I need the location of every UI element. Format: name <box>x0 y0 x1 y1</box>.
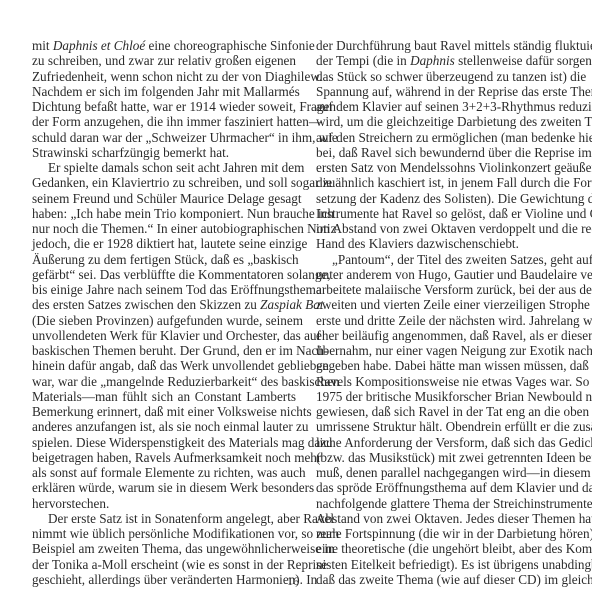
text-line: Hand des Klaviers dazwischenschiebt. <box>316 236 583 251</box>
text-line: unter anderem von Hugo, Gautier und Baud… <box>316 267 583 282</box>
text-line: des ersten Satzes zwischen den Skizzen z… <box>32 297 296 312</box>
italic-title: Daphnis <box>410 53 455 68</box>
text-line: bis einige Jahre nach seinem Tod das Erö… <box>32 282 296 297</box>
text-line: reale Fortspinnung (die wir in der Darbi… <box>316 526 583 541</box>
text-line: das Stück so schwer überzeugend zu tanze… <box>316 69 583 84</box>
text-line: „Pantoum“, der Titel des zweiten Satzes,… <box>316 252 583 267</box>
left-column: mit Daphnis et Chloé eine choreographisc… <box>32 38 296 587</box>
text-line: nur noch die Themen.“ In einer autobiogr… <box>32 221 296 236</box>
text-line: Zufriedenheit, wenn schon nicht zu der v… <box>32 69 296 84</box>
text-line: Gedanken, ein Klaviertrio zu schreiben, … <box>32 175 296 190</box>
text-line: anderes anzufangen ist, als sie noch ein… <box>32 419 296 434</box>
text-line: setzung der Kadenz des Solisten). Die Ge… <box>316 191 583 206</box>
text-line: zu schreiben, und zwar zur relativ große… <box>32 53 296 68</box>
text-line: liche Anforderung der Versform, daß sich… <box>316 435 583 450</box>
italic-title: Zaspiak Bat <box>260 297 323 312</box>
text-line: Beispiel am zweiten Thema, das ungewöhnl… <box>32 541 296 556</box>
text-line: erklären würde, warum sie in diesem Werk… <box>32 480 296 495</box>
text-line: bei, daß Ravel sich bewundernd über die … <box>316 145 583 160</box>
text-line: nisten Eitelkeit befriedigt). Es ist übr… <box>316 557 583 572</box>
right-column: der Durchführung baut Ravel mittels stän… <box>316 38 583 587</box>
text-line: Äußerung zu dem fertigen Stück, daß es „… <box>32 252 296 267</box>
text-line: spielen. Diese Widerspenstigkeit des Mat… <box>32 435 296 450</box>
text-line: daß das zweite Thema (wie auf dieser CD)… <box>316 572 583 587</box>
text-line: hinein dafür angab, daß das Werk unvolle… <box>32 358 296 373</box>
text-line: nachfolgende glattere Thema der Streichi… <box>316 496 583 511</box>
text-line: Instrumente hat Ravel so gelöst, daß er … <box>316 206 583 221</box>
text-line: der Tempi (die in Daphnis stellenweise d… <box>316 53 583 68</box>
text-line: 1975 der britische Musikforscher Brian N… <box>316 389 583 404</box>
text-line: haben: „Ich habe mein Trio komponiert. N… <box>32 206 296 221</box>
text-line: baskischen Themen beruht. Der Grund, den… <box>32 343 296 358</box>
text-line: arbeitete malaiische Versform zurück, be… <box>316 282 583 297</box>
text-line: Abstand von zwei Oktaven. Jedes dieser T… <box>316 511 583 526</box>
text-line: gegeben habe. Dabei hätte man wissen müs… <box>316 358 583 373</box>
text-line: erste und dritte Zeile der nächsten wird… <box>316 313 583 328</box>
text-line: der Tonika a-Moll erscheint (wie es sons… <box>32 557 296 572</box>
text-line: Nachdem er sich im folgenden Jahr mit Ma… <box>32 84 296 99</box>
text-line: als sonst auf formale Elemente zu richte… <box>32 465 296 480</box>
text-line: der Durchführung baut Ravel mittels stän… <box>316 38 583 53</box>
text-line: beigetragen haben, Ravels Aufmerksamkeit… <box>32 450 296 465</box>
text-line: im Abstand von zwei Oktaven verdoppelt u… <box>316 221 583 236</box>
text-line: wird, um die gleichzeitige Darbietung de… <box>316 114 583 129</box>
text-line: Dichtung befaßt hatte, war er 1914 wiede… <box>32 99 296 114</box>
text-line: (bzw. das Musikstück) mit zwei getrennte… <box>316 450 583 465</box>
text-line: jedoch, die er 1928 diktiert hat, lautet… <box>32 236 296 251</box>
text-line: (Die sieben Provinzen) aufgefunden wurde… <box>32 313 296 328</box>
text-line: eher beiläufig angenommen, daß Ravel, al… <box>316 328 583 343</box>
text-line: ersten Satz von Mendelssohns Violinkonze… <box>316 160 583 175</box>
text-line: übernahm, nur einer vagen Neigung zur Ex… <box>316 343 583 358</box>
text-line: der Form anzugehen, die ihn immer faszin… <box>32 114 296 129</box>
text-line: nimmt wie üblich persönliche Modifikatio… <box>32 526 296 541</box>
text-line: zweiten und vierten Zeile einer vierzeil… <box>316 297 583 312</box>
text-line: schuld daran war der „Schweizer Uhrmache… <box>32 130 296 145</box>
italic-title: Daphnis et Chloé <box>53 38 145 53</box>
text-line: Bemerkung erinnert, daß mit einer Volksw… <box>32 404 296 419</box>
text-line: gewiesen, daß sich Ravel in der Tat eng … <box>316 404 583 419</box>
text-line: hervorstechen. <box>32 496 296 511</box>
text-line: Ravels Kompositionsweise nie etwas Vages… <box>316 374 583 389</box>
text-line: umrissene Struktur hält. Obendrein erfül… <box>316 419 583 434</box>
text-line: Der erste Satz ist in Sonatenform angele… <box>32 511 296 526</box>
text-line: Strawinski scharfzüngig bemerkt hat. <box>32 145 296 160</box>
text-line: war, war die „mangelnde Reduzierbarkeit“… <box>32 374 296 389</box>
text-line: unvollendeten Werk für Klavier und Orche… <box>32 328 296 343</box>
text-line: mit Daphnis et Chloé eine choreographisc… <box>32 38 296 53</box>
text-line: auf dem Klavier auf seinen 3+2+3-Rhythmu… <box>316 99 583 114</box>
text-line: Spannung auf, während in der Reprise das… <box>316 84 583 99</box>
text-line: eine theoretische (die ungehört bleibt, … <box>316 541 583 556</box>
text-line: auf den Streichern zu ermöglichen (man b… <box>316 130 583 145</box>
text-line: Er spielte damals schon seit acht Jahren… <box>32 160 296 175</box>
text-line: seinem Freund und Schüler Maurice Delage… <box>32 191 296 206</box>
text-line: Materials—man fühlt sich an Constant Lam… <box>32 389 296 404</box>
text-line: das spröde Eröffnungsthema auf dem Klavi… <box>316 480 583 495</box>
text-line: die ähnlich kaschiert ist, in jenem Fall… <box>316 175 583 190</box>
text-line: geschieht, allerdings über veränderten H… <box>32 572 296 587</box>
text-line: muß, denen parallel nachgegangen wird—in… <box>316 465 583 480</box>
page-number: 16 <box>287 574 299 589</box>
text-line: gefärbt“ sei. Das verblüffte die Komment… <box>32 267 296 282</box>
